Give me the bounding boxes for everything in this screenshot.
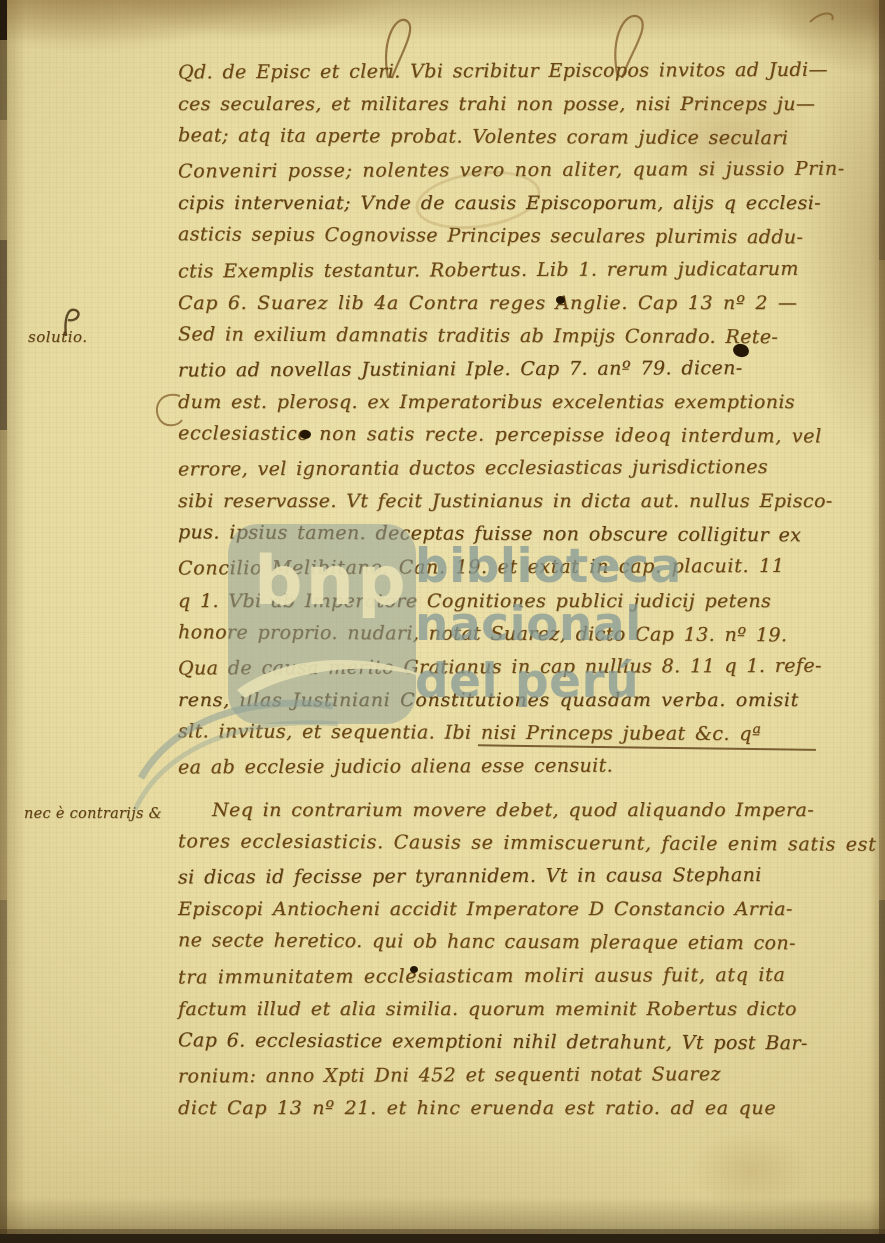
text-line: Qd. de Episc et cleri. Vbi scribitur Epi…: [178, 54, 870, 90]
text-line: Neq in contrarium movere debet, quod ali…: [178, 794, 870, 827]
text-line: errore, vel ignorantia ductos ecclesiast…: [178, 451, 870, 487]
text-line: ronium: anno Xpti Dni 452 et sequenti no…: [178, 1057, 870, 1093]
text-line: pus. ipsius tamen. deceptas fuisse non o…: [178, 517, 870, 553]
ink-blot: [556, 296, 565, 304]
text-line: sibi reservasse. Vt fecit Justinianus in…: [178, 485, 870, 518]
text-line: Episcopi Antiocheni accidit Imperatore D…: [178, 893, 870, 926]
manuscript-page: Qd. de Episc et cleri. Vbi scribitur Epi…: [0, 0, 885, 1243]
text-line: tores ecclesiasticis. Causis se immiscue…: [178, 825, 870, 861]
margin-note-nec-contrariis: nec è contrarijs &: [24, 806, 162, 822]
text-line: Concilio Melibitano. Can. 19. et extat i…: [178, 550, 870, 586]
text-line: Cap 6. ecclesiastice exemptioni nihil de…: [178, 1024, 870, 1060]
paper-stain: [690, 1130, 810, 1210]
text-line-underlined: slt. invitus, et sequentia. Ibi nisi Pri…: [178, 715, 870, 751]
margin-note-solutio: solutio.: [28, 328, 88, 346]
scan-edge-bottom: [0, 1229, 885, 1243]
ink-blot: [300, 430, 311, 439]
scan-edge-left: [0, 0, 7, 1243]
manuscript-text: Qd. de Episc et cleri. Vbi scribitur Epi…: [178, 55, 870, 1125]
text-line: beat; atq ita aperte probat. Volentes co…: [178, 119, 870, 155]
text-line: asticis sepius Cognovisse Principes secu…: [178, 219, 870, 255]
text-line: factum illud et alia similia. quorum mem…: [178, 993, 870, 1026]
text-line: ces seculares, et militares trahi non po…: [178, 88, 870, 121]
text-line: dict Cap 13 nº 21. et hinc eruenda est r…: [178, 1092, 870, 1125]
text-line: rutio ad novellas Justiniani Iple. Cap 7…: [178, 351, 870, 387]
text-line: Qua de causa merito Gratianus in cap nul…: [178, 649, 870, 685]
text-line: Cap 6. Suarez lib 4a Contra reges Anglie…: [178, 287, 870, 320]
text-line: honore proprio. nudari, notat Suarez, di…: [178, 616, 870, 652]
text-line: tra immunitatem ecclesiasticam moliri au…: [178, 958, 870, 994]
text-line: si dicas id fecisse per tyrannidem. Vt i…: [178, 859, 870, 895]
text-line: rens, illas Justiniani Constitutiones qu…: [178, 684, 870, 717]
scan-edge-right: [879, 0, 885, 1243]
text-line: dum est. plerosq. ex Imperatoribus excel…: [178, 386, 870, 419]
text-line: Conveniri posse; nolentes vero non alite…: [178, 153, 870, 189]
text-line: cipis interveniat; Vnde de causis Episco…: [178, 187, 870, 220]
text-line: ecclesiastice non satis recte. percepiss…: [178, 417, 870, 453]
text-line: ne secte heretico. qui ob hanc causam pl…: [178, 925, 870, 961]
ink-blot: [410, 966, 418, 973]
text-line: ctis Exemplis testantur. Robertus. Lib 1…: [178, 252, 870, 288]
text-line: ea ab ecclesie judicio aliena esse censu…: [178, 749, 870, 785]
text-line: q 1. Vbi ab Imperatore Cognitiones publi…: [178, 585, 870, 618]
text-line: Sed in exilium damnatis traditis ab Impi…: [178, 318, 870, 354]
